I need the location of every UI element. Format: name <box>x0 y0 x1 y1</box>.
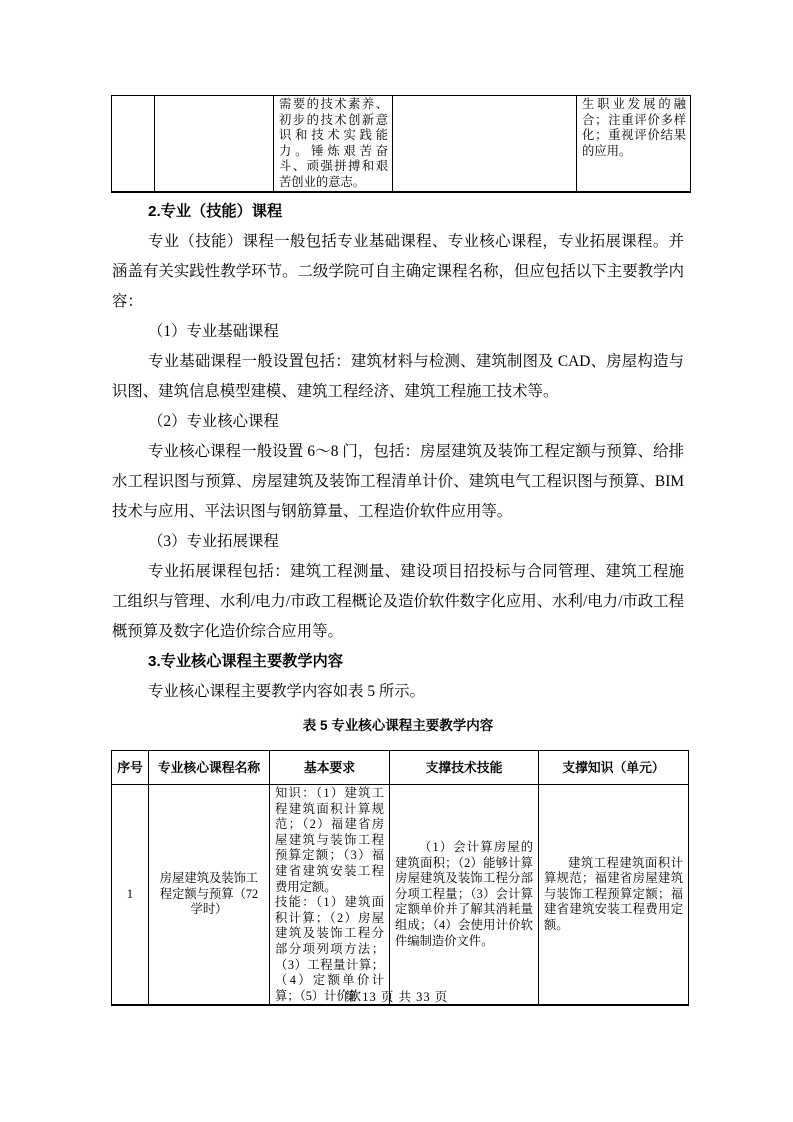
paragraph: 专业（技能）课程一般包括专业基础课程、专业核心课程，专业拓展课程。并涵盖有关实践… <box>112 227 684 317</box>
table-cell: 生职业发展的融合；注重评价多样化；重视评价结果的应用。 <box>577 96 691 192</box>
table-cell <box>155 96 274 192</box>
table-cell-requirements: 知识：（1）建筑工程建筑面积计算规范；（2）福建省房屋建筑与装饰工程预算定额；（… <box>270 785 390 1006</box>
table-row: 1 房屋建筑及装饰工程定额与预算（72 学时） 知识：（1）建筑工程建筑面积计算… <box>112 785 689 1006</box>
section-heading: 2.专业（技能）课程 <box>112 197 684 227</box>
table-cell-skills: （1）会计算房屋的建筑面积；（2）能够计算房屋建筑及装饰工程分部分项工程量；（3… <box>390 785 539 1006</box>
table5-caption: 表 5 专业核心课程主要教学内容 <box>112 714 684 734</box>
document-page: 需要的技术素养、初步的技术创新意识和技术实践能力。锤炼艰苦奋斗、顽强拼搏和艰苦创… <box>0 0 793 1122</box>
column-header: 专业核心课程名称 <box>149 751 270 785</box>
column-header: 支撑知识（单元） <box>539 751 689 785</box>
list-item: （1）专业基础课程 <box>112 317 684 347</box>
section-heading: 3.专业核心课程主要教学内容 <box>112 647 684 677</box>
list-item: （2）专业核心课程 <box>112 407 684 437</box>
column-header: 支撑技术技能 <box>390 751 539 785</box>
table-cell-knowledge: 建筑工程建筑面积计算规范；福建省房屋建筑与装饰工程预算定额；福建省建筑安装工程费… <box>539 785 689 1006</box>
paragraph: 专业拓展课程包括：建筑工程测量、建设项目招投标与合同管理、建筑工程施工组织与管理… <box>112 557 684 647</box>
column-header: 序号 <box>112 751 149 785</box>
table-row: 需要的技术素养、初步的技术创新意识和技术实践能力。锤炼艰苦奋斗、顽强拼搏和艰苦创… <box>112 96 691 192</box>
document-body: 2.专业（技能）课程 专业（技能）课程一般包括专业基础课程、专业核心课程，专业拓… <box>112 197 684 707</box>
column-header: 基本要求 <box>270 751 390 785</box>
paragraph: 专业核心课程一般设置 6～8 门，包括：房屋建筑及装饰工程定额与预算、给排水工程… <box>112 437 684 527</box>
list-item: （3）专业拓展课程 <box>112 527 684 557</box>
table-cell: 需要的技术素养、初步的技术创新意识和技术实践能力。锤炼艰苦奋斗、顽强拼搏和艰苦创… <box>274 96 393 192</box>
continued-table: 需要的技术素养、初步的技术创新意识和技术实践能力。锤炼艰苦奋斗、顽强拼搏和艰苦创… <box>111 95 691 193</box>
table5-header-row: 序号 专业核心课程名称 基本要求 支撑技术技能 支撑知识（单元） <box>112 751 689 785</box>
table-cell <box>393 96 577 192</box>
table-cell-no: 1 <box>112 785 149 1006</box>
page-footer: 第 13 页 共 33 页 <box>0 987 793 1005</box>
table-cell <box>112 96 155 192</box>
table-cell-course: 房屋建筑及装饰工程定额与预算（72 学时） <box>149 785 270 1006</box>
table5: 序号 专业核心课程名称 基本要求 支撑技术技能 支撑知识（单元） 1 房屋建筑及… <box>111 750 689 1006</box>
paragraph: 专业基础课程一般设置包括：建筑材料与检测、建筑制图及 CAD、房屋构造与识图、建… <box>112 347 684 407</box>
paragraph: 专业核心课程主要教学内容如表 5 所示。 <box>112 677 684 707</box>
